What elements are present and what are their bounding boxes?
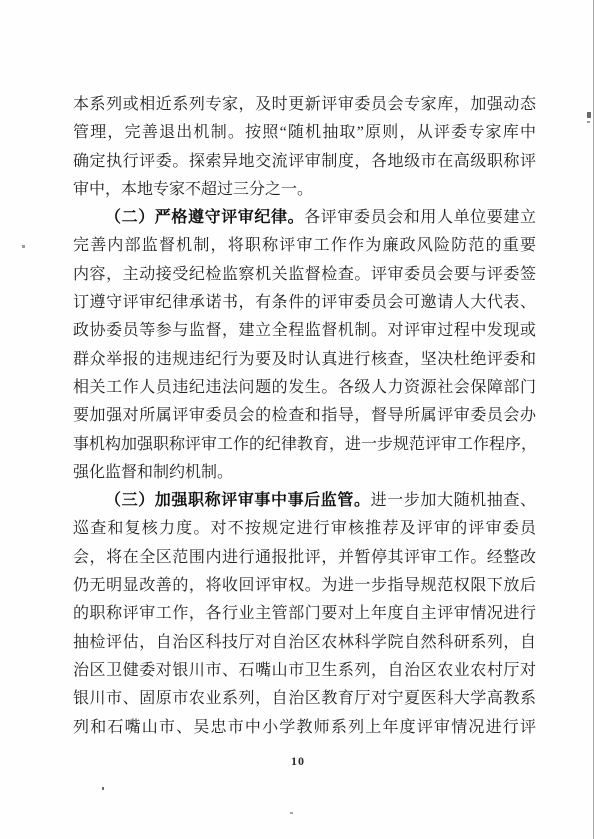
text-line: 治区卫健委对银川市、石嘴山市卫生系列，自治区农业农村厅对 [73,657,536,685]
text-line: 会，将在全区范围内进行通报批评，并暂停其评审工作。经整改 [73,544,536,572]
document-body: 本系列或相近系列专家，及时更新评审委员会专家库，加强动态管理，完善退出机制。按照… [73,91,536,742]
document-page: 本系列或相近系列专家，及时更新评审委员会专家库，加强动态管理，完善退出机制。按照… [0,0,596,839]
text-line: 要加强对所属评审委员会的检查和指导，督导所属评审委员会办 [73,402,536,430]
scan-speck [587,121,590,123]
text-line: 政协委员等参与监督，建立全程监督机制。对评审过程中发现或 [73,317,536,345]
scan-edge-artifact [593,0,594,839]
text-line: （三）加强职称评审事中事后监管。进一步加大随机抽查、 [73,487,536,515]
text-line: 的职称评审工作，各行业主管部门要对上年度自主评审情况进行 [73,600,536,628]
text-line: 订遵守评审纪律承诺书，有条件的评审委员会可邀请人大代表、 [73,289,536,317]
text-line: 完善内部监督机制，将职称评审工作作为廉政风险防范的重要 [73,232,536,260]
scan-speck [102,787,104,790]
text-line: （二）严格遵守评审纪律。各评审委员会和用人单位要建立 [73,204,536,232]
text-line: 抽检评估，自治区科技厅对自治区农林科学院自然科研系列，自 [73,629,536,657]
page-number: 10 [0,754,596,769]
text-line: 内容，主动接受纪检监察机关监督检查。评审委员会要与评委签 [73,261,536,289]
text-line: 确定执行评委。探索异地交流评审制度，各地级市在高级职称评 [73,148,536,176]
scan-speck [587,112,591,118]
scan-speck [22,245,25,248]
scan-speck [290,812,293,814]
paragraph-heading-run: （二）严格遵守评审纪律。 [105,209,304,226]
text-line: 管理，完善退出机制。按照“随机抽取”原则，从评委专家库中 [73,119,536,147]
text-line: 强化监督和制约机制。 [73,459,536,487]
text-line: 事机构加强职称评审工作的纪律教育，进一步规范评审工作程序， [73,431,536,459]
text-line: 群众举报的违规违纪行为要及时认真进行核查，坚决杜绝评委和 [73,346,536,374]
text-line: 本系列或相近系列专家，及时更新评审委员会专家库，加强动态 [73,91,536,119]
text-line: 巡查和复核力度。对不按规定进行审核推荐及评审的评审委员 [73,515,536,543]
text-line: 仍无明显改善的，将收回评审权。为进一步指导规范权限下放后 [73,572,536,600]
text-line: 相关工作人员违纪违法问题的发生。各级人力资源社会保障部门 [73,374,536,402]
paragraph-heading-run: （三）加强职称评审事中事后监管。 [105,492,371,509]
text-line: 银川市、固原市农业系列，自治区教育厅对宁夏医科大学高教系 [73,685,536,713]
text-line: 列和石嘴山市、吴忠市中小学教师系列上年度评审情况进行评 [73,714,536,742]
text-line: 审中，本地专家不超过三分之一。 [73,176,536,204]
